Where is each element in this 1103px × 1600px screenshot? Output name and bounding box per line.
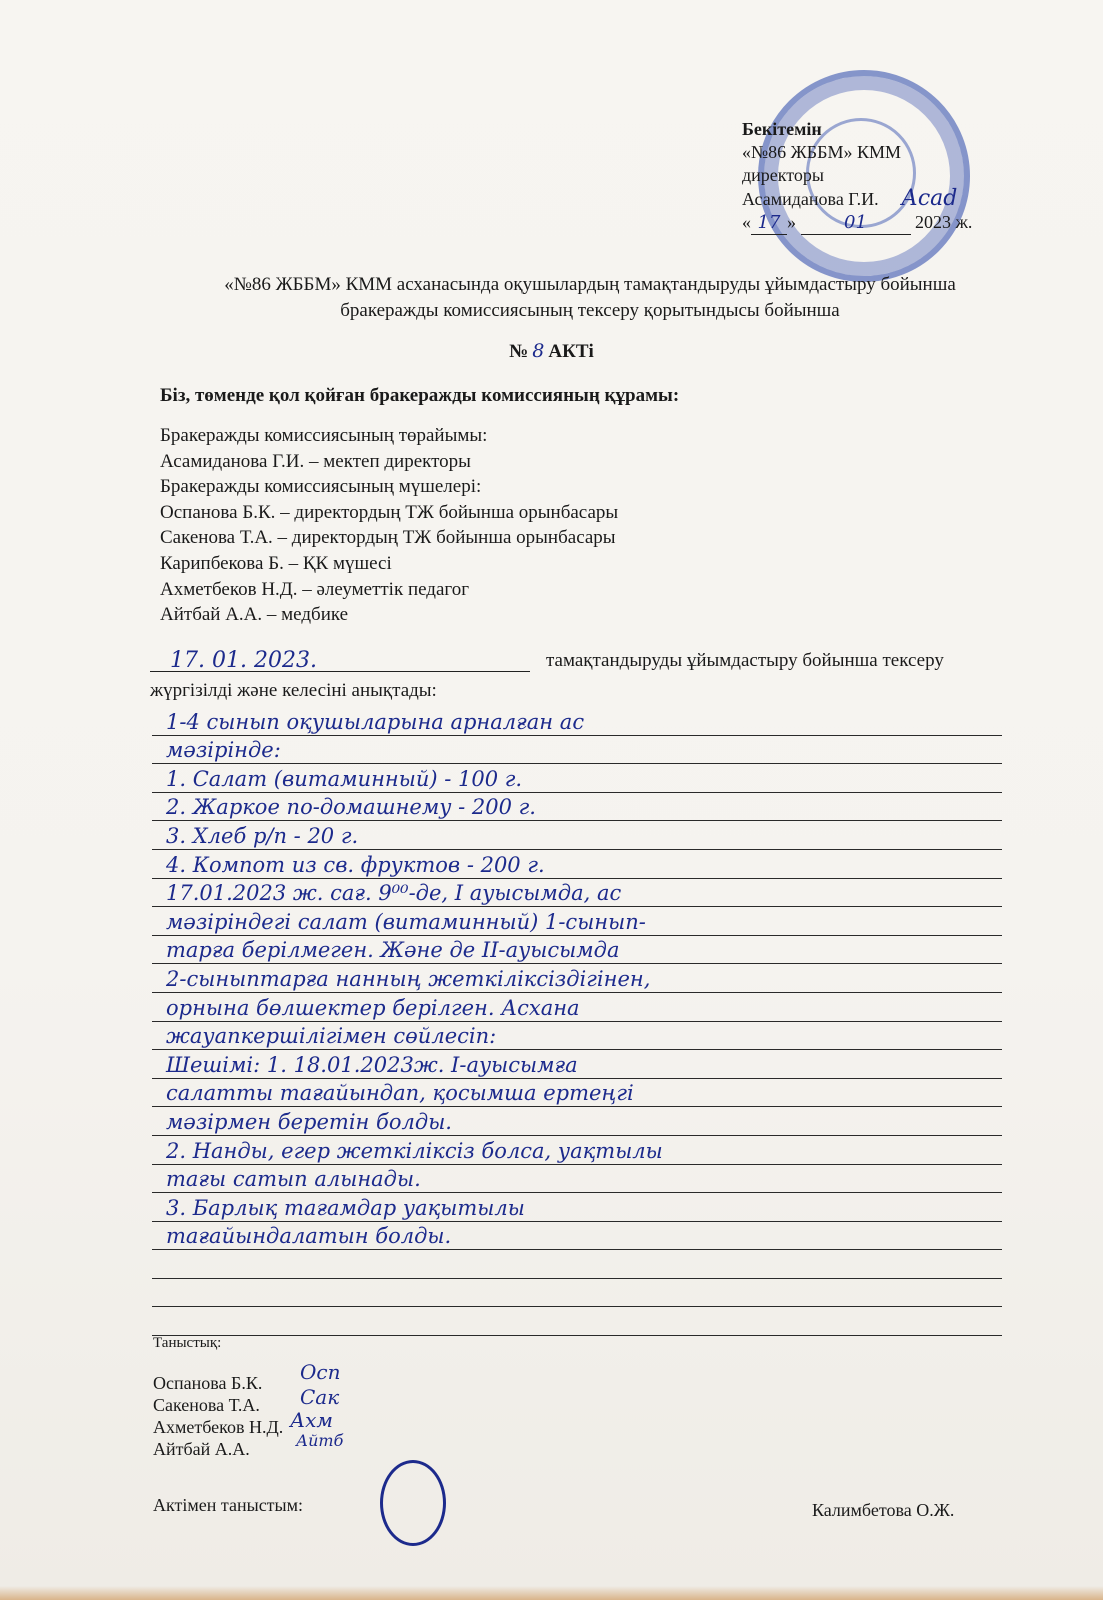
document-page: Бекітемін «№86 ЖББМ» КММ директоры Асами… bbox=[0, 0, 1103, 1600]
ruled-line: тағы сатып алынады. bbox=[152, 1165, 1002, 1194]
commission-heading: Біз, төменде қол қойған бракеражды комис… bbox=[160, 385, 679, 407]
ruled-line: 1-4 сынып оқушыларына арналған ас bbox=[152, 707, 1002, 736]
ruled-line: 2. Нанды, егер жеткіліксіз болса, уақтыл… bbox=[152, 1136, 1002, 1165]
member-line: Айтбай А.А. – медбике bbox=[160, 602, 618, 628]
final-ack-name: Калимбетова О.Ж. bbox=[812, 1500, 954, 1521]
ruled-line: мәзірмен беретін болды. bbox=[152, 1107, 1002, 1136]
signer-name: Сакенова Т.А. bbox=[153, 1394, 283, 1416]
ruled-line bbox=[152, 1279, 1002, 1308]
ruled-line: тағайындалатын болды. bbox=[152, 1222, 1002, 1251]
signature-icon: Ахм bbox=[290, 1408, 333, 1432]
approval-date: «17» 01 2023 ж. bbox=[742, 211, 1042, 235]
ruled-line bbox=[152, 1307, 1002, 1336]
approval-heading: Бекітемін bbox=[742, 118, 1042, 141]
ruled-line bbox=[152, 1250, 1002, 1279]
ruled-line: 4. Компот из св. фруктов - 200 г. bbox=[152, 850, 1002, 879]
ruled-line: Шешімі: 1. 18.01.2023ж. I-ауысымға bbox=[152, 1050, 1002, 1079]
director-signature-icon: Асаd bbox=[901, 186, 957, 211]
signer-name: Оспанова Б.К. bbox=[153, 1372, 283, 1394]
member-line: Бракеражды комиссиясының төрайымы: bbox=[160, 423, 618, 449]
ruled-line: тарға берілмеген. Және де II-ауысымда bbox=[152, 936, 1002, 965]
final-ack-label: Актімен таныстым: bbox=[153, 1495, 303, 1516]
ruled-line: 2. Жаркое по-домашнему - 200 г. bbox=[152, 793, 1002, 822]
approval-year: 2023 ж. bbox=[915, 212, 972, 232]
act-number: 8 bbox=[532, 340, 544, 362]
inspection-date-field: 17. 01. 2023. bbox=[150, 648, 530, 672]
handwritten-findings: 1-4 сынып оқушыларына арналған ас мәзірі… bbox=[152, 707, 1002, 1336]
commission-members: Бракеражды комиссиясының төрайымы: Асами… bbox=[160, 423, 618, 628]
act-heading: №8АКТі bbox=[0, 340, 1103, 363]
member-line: Бракеражды комиссиясының мүшелері: bbox=[160, 474, 618, 500]
signature-icon: Айтб bbox=[296, 1431, 343, 1450]
member-line: Асамиданова Г.И. – мектеп директоры bbox=[160, 449, 618, 475]
document-title: «№86 ЖББМ» КММ асханасында оқушылардың т… bbox=[150, 272, 1030, 324]
ruled-line: 2-сыныптарға нанның жеткіліксіздігінен, bbox=[152, 964, 1002, 993]
approval-block: Бекітемін «№86 ЖББМ» КММ директоры Асами… bbox=[742, 118, 1042, 235]
inspection-date-row: 17. 01. 2023.тамақтандыруды ұйымдастыру … bbox=[150, 648, 1020, 672]
title-line-2: бракеражды комиссиясының тексеру қорытын… bbox=[150, 298, 1030, 324]
member-line: Оспанова Б.К. – директордың ТЖ бойынша о… bbox=[160, 500, 618, 526]
member-line: Ахметбеков Н.Д. – әлеуметтік педагог bbox=[160, 577, 618, 603]
ruled-line: 17.01.2023 ж. сағ. 9⁰⁰-де, I ауысымда, а… bbox=[152, 879, 1002, 908]
final-signature-icon bbox=[380, 1460, 446, 1546]
ruled-line: 1. Салат (витаминный) - 100 г. bbox=[152, 764, 1002, 793]
approval-day: 17 bbox=[751, 211, 787, 235]
ruled-line: орнына бөлшектер берілген. Асхана bbox=[152, 993, 1002, 1022]
ruled-line: 3. Барлық тағамдар уақытылы bbox=[152, 1193, 1002, 1222]
ruled-line: мәзіріндегі салат (витаминный) 1-сынып- bbox=[152, 907, 1002, 936]
signer-name: Ахметбеков Н.Д. bbox=[153, 1416, 283, 1438]
ruled-line: 3. Хлеб р/п - 20 г. bbox=[152, 821, 1002, 850]
member-line: Карипбекова Б. – ҚК мүшесі bbox=[160, 551, 618, 577]
approval-name: Асамиданова Г.И. Асаd bbox=[742, 187, 1042, 211]
approval-position: директоры bbox=[742, 164, 1042, 187]
ruled-line: салатты тағайындап, қосымша ертеңгі bbox=[152, 1079, 1002, 1108]
title-line-1: «№86 ЖББМ» КММ асханасында оқушылардың т… bbox=[150, 272, 1030, 298]
acknowledgement-signers: Оспанова Б.К. Сакенова Т.А. Ахметбеков Н… bbox=[153, 1372, 283, 1460]
ruled-line: мәзірінде: bbox=[152, 736, 1002, 765]
ruled-line: жауапкершілігімен сөйлесіп: bbox=[152, 1022, 1002, 1051]
signature-icon: Осп bbox=[300, 1360, 340, 1384]
approval-org: «№86 ЖББМ» КММ bbox=[742, 141, 1042, 164]
approval-month: 01 bbox=[801, 211, 911, 235]
signature-icon: Сак bbox=[300, 1385, 339, 1409]
acknowledgement-label: Таныстық: bbox=[153, 1335, 221, 1352]
paper-edge bbox=[0, 1586, 1103, 1600]
signer-name: Айтбай А.А. bbox=[153, 1438, 283, 1460]
member-line: Сакенова Т.А. – директордың ТЖ бойынша о… bbox=[160, 525, 618, 551]
inspection-text: тамақтандыруды ұйымдастыру бойынша тексе… bbox=[546, 650, 944, 671]
inspection-continuation: жүргізілді және келесіні анықтады: bbox=[150, 680, 437, 702]
